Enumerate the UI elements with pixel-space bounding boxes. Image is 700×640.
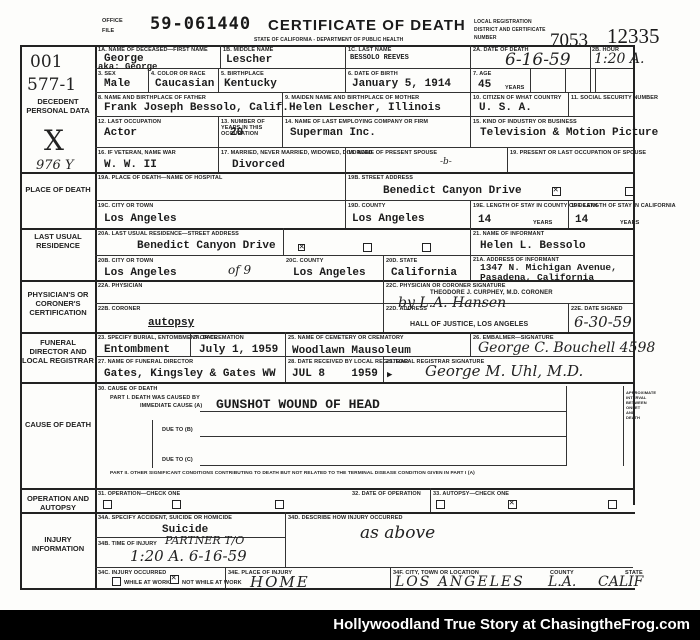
race-label: 4. Color or race bbox=[151, 71, 205, 77]
death-county-value: Los Angeles bbox=[352, 213, 425, 225]
physician-label: 22a. Physician bbox=[98, 283, 143, 289]
stay-california-value: 14 bbox=[575, 214, 588, 226]
state-file-number: 59-061440 bbox=[150, 14, 251, 34]
section-last-residence: LAST USUAL RESIDENCE bbox=[22, 232, 94, 250]
section-place-of-death: PLACE OF DEATH bbox=[22, 185, 94, 194]
cause-part1-label: PART I. DEATH WAS CAUSED BY bbox=[110, 395, 200, 401]
operation-date-label: 32. Date of operation bbox=[352, 491, 421, 497]
date-of-birth-label: 6. Date of birth bbox=[348, 71, 398, 77]
district-number: 7053 bbox=[550, 30, 588, 52]
injury-description-value: as above bbox=[360, 523, 435, 543]
name-last-label: 1c. Last name bbox=[348, 47, 391, 53]
birthplace-value: Kentucky bbox=[224, 78, 277, 90]
informant-address-line2: Pasadena, California bbox=[480, 272, 594, 283]
autopsy-none-checkbox[interactable] bbox=[436, 500, 445, 509]
age-value: 45 bbox=[478, 79, 491, 91]
section-injury: INJURY INFORMATION bbox=[22, 535, 94, 553]
margin-code-577: 577-1 bbox=[27, 75, 76, 95]
operation-none-checkbox[interactable] bbox=[103, 500, 112, 509]
industry-label: 15. Kind of industry or business bbox=[473, 119, 577, 125]
cemetery-label: 25. Name of cemetery or crematory bbox=[288, 335, 404, 341]
father-label: 8. Name and birthplace of father bbox=[98, 95, 206, 101]
burial-value: Entombment bbox=[104, 344, 170, 356]
office-label: Office bbox=[102, 18, 123, 24]
mother-label: 9. Maiden name and birthplace of mother bbox=[285, 95, 419, 101]
margin-mark-x: X bbox=[44, 124, 64, 157]
cause-immediate-label: IMMEDIATE CAUSE (A) bbox=[140, 403, 202, 409]
years-occupation-value: 20 bbox=[230, 127, 243, 139]
residence-city-label: 20b. City or town bbox=[98, 258, 153, 264]
informant-value: Helen L. Bessolo bbox=[480, 240, 586, 252]
mother-value: Helen Lescher, Illinois bbox=[289, 102, 441, 114]
employer-label: 14. Name of last employing company or fi… bbox=[285, 119, 428, 125]
operation-other-checkbox[interactable] bbox=[275, 500, 284, 509]
residence-city-value: Los Angeles bbox=[104, 267, 177, 279]
due-to-b-label: DUE TO (B) bbox=[162, 427, 193, 433]
citizen-value: U. S. A. bbox=[479, 102, 532, 114]
ssn-label: 11. Social security number bbox=[571, 95, 658, 101]
stay-county-unit: Years bbox=[533, 220, 552, 226]
section-decedent: DECEDENT PERSONAL DATA bbox=[22, 97, 94, 115]
autopsy-label: 33. Autopsy—check one bbox=[433, 491, 509, 497]
coroner-signature-label: 22c. Physician or coroner signature bbox=[386, 283, 506, 289]
age-unit: Years bbox=[505, 85, 524, 91]
marital-value: Divorced bbox=[232, 159, 285, 171]
accident-label: 34a. Specify accident, suicide or homici… bbox=[98, 515, 232, 521]
residence-city-annotation: of 9 bbox=[228, 263, 251, 277]
injury-at-work-option: While at work bbox=[124, 580, 170, 586]
section-funeral: FUNERAL DIRECTOR AND LOCAL REGISTRAR bbox=[22, 338, 94, 365]
injury-not-at-work-checkbox[interactable] bbox=[170, 575, 179, 584]
stay-california-label: 19f. Length of stay in California bbox=[571, 203, 676, 209]
occupation-label: 12. Last occupation bbox=[98, 119, 161, 125]
spouse-occupation-label: 19. Present or last occupation of spouse bbox=[510, 150, 646, 156]
embalmer-value: George C. Bouchell 4598 bbox=[478, 340, 655, 356]
coroner-address-value: HALL OF JUSTICE, LOS ANGELES bbox=[410, 321, 528, 328]
operation-label: 31. Operation—check one bbox=[98, 491, 180, 497]
date-of-birth-value: January 5, 1914 bbox=[352, 78, 451, 90]
injury-while-label: 34c. Injury occurred bbox=[98, 570, 166, 576]
residence-street-label: 20a. Last usual residence—street address bbox=[98, 231, 239, 237]
spouse-value: -b- bbox=[440, 157, 452, 167]
due-to-c-label: DUE TO (C) bbox=[162, 457, 193, 463]
stay-california-unit: Years bbox=[620, 220, 639, 226]
margin-code-001: 001 bbox=[30, 52, 62, 72]
name-middle-label: 1b. Middle name bbox=[223, 47, 273, 53]
injury-place-value: HOME bbox=[250, 573, 310, 591]
residence-county-label: 20c. County bbox=[286, 258, 323, 264]
death-city-value: Los Angeles bbox=[104, 213, 177, 225]
funeral-director-label: 27. Name of funeral director bbox=[98, 359, 193, 365]
residence-county-value: Los Angeles bbox=[293, 267, 366, 279]
arrow-icon: ▶ bbox=[387, 370, 392, 380]
sex-label: 3. Sex bbox=[98, 71, 116, 77]
document-subtitle: STATE OF CALIFORNIA - DEPARTMENT OF PUBL… bbox=[254, 37, 403, 43]
sex-value: Male bbox=[104, 78, 130, 90]
date-signed-label: 22e. Date signed bbox=[571, 306, 623, 312]
residence-inside-city-checkbox[interactable] bbox=[298, 244, 305, 251]
residence-not-farm-checkbox[interactable] bbox=[422, 243, 431, 252]
injury-at-work-checkbox[interactable] bbox=[112, 577, 121, 586]
document-title: CERTIFICATE OF DEATH bbox=[268, 17, 466, 34]
funeral-director-value: Gates, Kingsley & Gates WW bbox=[104, 368, 276, 380]
residence-state-value: California bbox=[391, 267, 457, 279]
street-address-value: Benedict Canyon Drive bbox=[383, 185, 522, 197]
hospital-label: 19a. Place of death—name of hospital bbox=[98, 175, 222, 181]
injury-not-at-work-option: Not while at work bbox=[182, 580, 242, 586]
local-registrar-value: George M. Uhl, M.D. bbox=[425, 362, 583, 380]
age-label: 7. Age bbox=[473, 71, 491, 77]
informant-label: 21. Name of informant bbox=[473, 231, 544, 237]
coroner-value: autopsy bbox=[148, 317, 194, 329]
coroner-label: 22b. Coroner bbox=[98, 306, 140, 312]
footer-banner: Hollywoodland True Story at ChasingtheFr… bbox=[0, 610, 700, 640]
residence-farm-checkbox[interactable] bbox=[363, 243, 372, 252]
date-filed-value: JUL 8 1959 bbox=[292, 368, 378, 380]
file-label: File bbox=[102, 28, 114, 34]
hour-value: 1:20 A. bbox=[594, 51, 644, 67]
stay-county-value: 14 bbox=[478, 214, 491, 226]
part2-label: PART II. OTHER SIGNIFICANT CONDITIONS CO… bbox=[110, 471, 475, 476]
date-of-death-value: 6-16-59 bbox=[505, 50, 571, 70]
injury-time-value: 1:20 A. 6-16-59 bbox=[130, 547, 247, 565]
injury-city-value: LOS ANGELES bbox=[395, 574, 525, 590]
war-label: 16. If veteran, name war bbox=[98, 150, 176, 156]
name-middle-value: Lescher bbox=[226, 54, 272, 66]
cause-label: 30. Cause of death bbox=[98, 386, 157, 392]
burial-date-value: July 1, 1959 bbox=[199, 344, 278, 356]
section-operation: OPERATION AND AUTOPSY bbox=[22, 494, 94, 512]
residence-state-label: 20d. State bbox=[386, 258, 417, 264]
burial-date-label: 24. Date bbox=[193, 335, 218, 341]
death-county-label: 19d. County bbox=[348, 203, 385, 209]
war-value: W. W. II bbox=[104, 159, 157, 171]
injury-description-label: 34d. Describe how injury occurred bbox=[288, 515, 403, 521]
birthplace-label: 5. Birthplace bbox=[221, 71, 264, 77]
cemetery-value: Woodlawn Mausoleum bbox=[292, 345, 411, 357]
death-certificate: Office File 59-061440 CERTIFICATE OF DEA… bbox=[0, 0, 700, 610]
interval-label: APPROXIMATE INTERVAL BETWEEN ONSET AND D… bbox=[626, 390, 634, 420]
injury-time-note: PARTNER T/O bbox=[165, 534, 244, 547]
spouse-label: 18. Name of present spouse bbox=[348, 150, 437, 156]
citizen-label: 10. Citizen of what country bbox=[473, 95, 562, 101]
burial-label: 23. Specify burial, entombment or cremat… bbox=[98, 335, 244, 341]
residence-street-value: Benedict Canyon Drive bbox=[137, 240, 276, 252]
industry-value: Television & Motion Picture bbox=[480, 127, 658, 139]
cause-immediate-value: GUNSHOT WOUND OF HEAD bbox=[216, 397, 380, 412]
local-registration-label: LOCAL REGISTRATION DISTRICT AND CERTIFIC… bbox=[474, 18, 549, 42]
coroner-address-label: 22d. Address bbox=[386, 306, 427, 312]
section-certification: PHYSICIAN'S OR CORONER'S CERTIFICATION bbox=[22, 290, 94, 317]
injury-county-value: L.A. bbox=[548, 574, 576, 590]
death-city-label: 19c. City or town bbox=[98, 203, 153, 209]
margin-code-976: 976 Y bbox=[36, 158, 74, 173]
inside-city-checkbox[interactable] bbox=[552, 187, 561, 196]
autopsy-other-checkbox[interactable] bbox=[608, 500, 617, 509]
outside-city-checkbox[interactable] bbox=[625, 187, 634, 196]
occupation-value: Actor bbox=[104, 127, 137, 139]
autopsy-performed-checkbox[interactable] bbox=[508, 500, 517, 509]
race-value: Caucasian bbox=[155, 78, 214, 90]
employer-value: Superman Inc. bbox=[290, 127, 376, 139]
street-address-label: 19b. Street address bbox=[348, 175, 413, 181]
injury-state-value: CALIF bbox=[598, 574, 643, 590]
name-last-value: BESSOLO REEVES bbox=[350, 54, 409, 62]
section-cause: CAUSE OF DEATH bbox=[22, 420, 94, 429]
father-value: Frank Joseph Bessolo, Calif. bbox=[104, 102, 289, 114]
date-signed-value: 6-30-59 bbox=[574, 313, 632, 331]
operation-performed-checkbox[interactable] bbox=[172, 500, 181, 509]
